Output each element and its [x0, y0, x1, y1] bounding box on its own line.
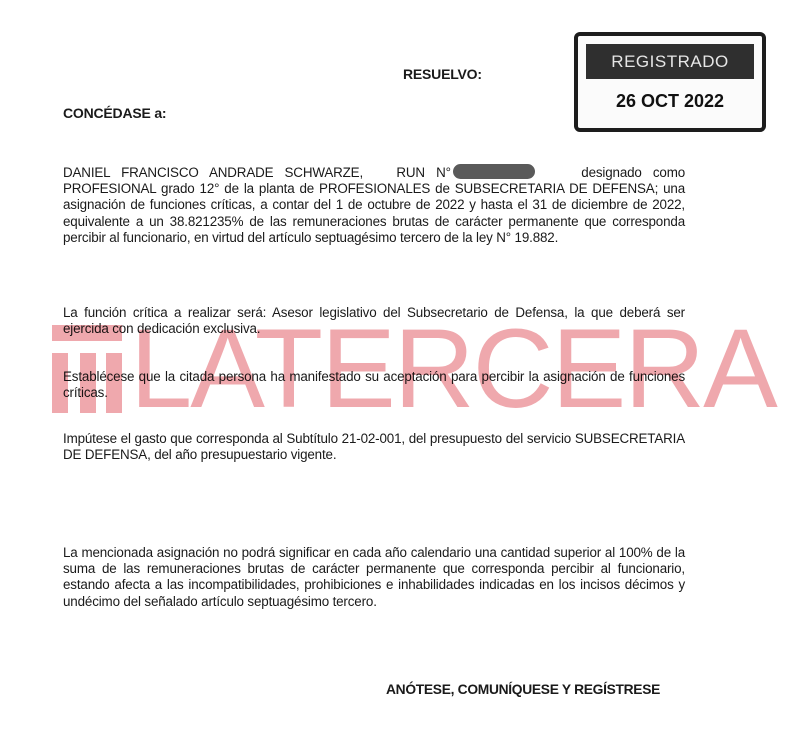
document-page: REGISTRADO 26 OCT 2022 RESUELVO: CONCÉDA…	[0, 0, 800, 734]
run-label: RUN N°	[396, 165, 450, 180]
concedase-heading: CONCÉDASE a:	[63, 105, 166, 121]
stamp-date: 26 OCT 2022	[578, 91, 762, 112]
paragraph-grant: DANIEL FRANCISCO ANDRADE SCHWARZE, RUN N…	[63, 164, 685, 246]
closing-formula: ANÓTESE, COMUNÍQUESE Y REGÍSTRESE	[386, 682, 660, 697]
paragraph-budget: Impútese el gasto que corresponda al Sub…	[63, 431, 685, 463]
paragraph-limit: La mencionada asignación no podrá signif…	[63, 545, 685, 610]
paragraph-critical-function: La función crítica a realizar será: Ases…	[63, 305, 685, 337]
resuelvo-heading: RESUELVO:	[403, 66, 482, 82]
registration-stamp: REGISTRADO 26 OCT 2022	[574, 32, 766, 132]
paragraph-acceptance: Establécese que la citada persona ha man…	[63, 369, 685, 401]
stamp-label: REGISTRADO	[586, 44, 754, 79]
redacted-run-value	[453, 164, 535, 179]
person-name: DANIEL FRANCISCO ANDRADE SCHWARZE,	[63, 165, 363, 180]
